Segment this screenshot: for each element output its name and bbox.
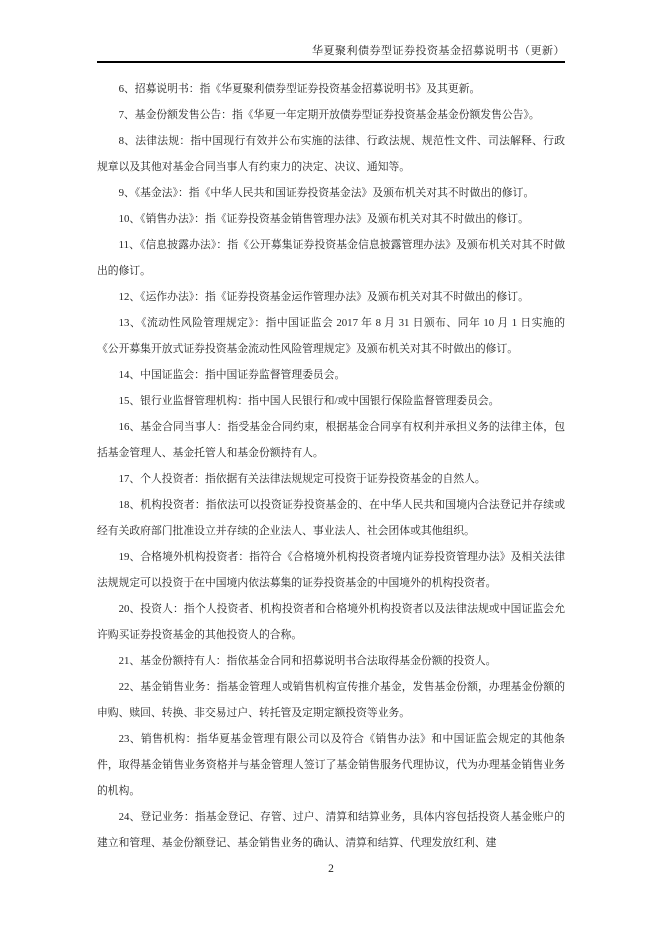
paragraph: 23、销售机构：指华夏基金管理有限公司以及符合《销售办法》和中国证监会规定的其他…: [97, 726, 565, 804]
page-number: 2: [97, 863, 565, 875]
document-body: 6、招募说明书：指《华夏聚利债券型证券投资基金招募说明书》及其更新。 7、基金份…: [97, 76, 565, 856]
paragraph: 11、《信息披露办法》：指《公开募集证券投资基金信息披露管理办法》及颁布机关对其…: [97, 232, 565, 284]
paragraph: 18、机构投资者：指依法可以投资证券投资基金的、在中华人民共和国境内合法登记并存…: [97, 492, 565, 544]
paragraph: 14、中国证监会：指中国证券监督管理委员会。: [97, 362, 565, 388]
paragraph: 12、《运作办法》：指《证券投资基金运作管理办法》及颁布机关对其不时做出的修订。: [97, 284, 565, 310]
paragraph: 20、投资人：指个人投资者、机构投资者和合格境外机构投资者以及法律法规或中国证监…: [97, 596, 565, 648]
header-divider: [97, 61, 565, 63]
paragraph: 24、登记业务：指基金登记、存管、过户、清算和结算业务，具体内容包括投资人基金账…: [97, 804, 565, 856]
paragraph: 16、基金合同当事人：指受基金合同约束，根据基金合同享有权利并承担义务的法律主体…: [97, 414, 565, 466]
paragraph: 10、《销售办法》：指《证券投资基金销售管理办法》及颁布机关对其不时做出的修订。: [97, 206, 565, 232]
paragraph: 22、基金销售业务：指基金管理人或销售机构宣传推介基金，发售基金份额，办理基金份…: [97, 674, 565, 726]
paragraph: 6、招募说明书：指《华夏聚利债券型证券投资基金招募说明书》及其更新。: [97, 76, 565, 102]
paragraph: 8、法律法规：指中国现行有效并公布实施的法律、行政法规、规范性文件、司法解释、行…: [97, 128, 565, 180]
paragraph: 15、银行业监督管理机构：指中国人民银行和/或中国银行保险监督管理委员会。: [97, 388, 565, 414]
paragraph: 19、合格境外机构投资者：指符合《合格境外机构投资者境内证券投资管理办法》及相关…: [97, 544, 565, 596]
paragraph: 17、个人投资者：指依据有关法律法规规定可投资于证券投资基金的自然人。: [97, 466, 565, 492]
paragraph: 7、基金份额发售公告：指《华夏一年定期开放债券型证券投资基金基金份额发售公告》。: [97, 102, 565, 128]
paragraph: 9、《基金法》：指《中华人民共和国证券投资基金法》及颁布机关对其不时做出的修订。: [97, 180, 565, 206]
paragraph: 13、《流动性风险管理规定》：指中国证监会 2017 年 8 月 31 日颁布、…: [97, 310, 565, 362]
paragraph: 21、基金份额持有人：指依基金合同和招募说明书合法取得基金份额的投资人。: [97, 648, 565, 674]
running-header: 华夏聚利债券型证券投资基金招募说明书（更新）: [97, 42, 565, 58]
document-page: 华夏聚利债券型证券投资基金招募说明书（更新） 6、招募说明书：指《华夏聚利债券型…: [0, 0, 662, 936]
